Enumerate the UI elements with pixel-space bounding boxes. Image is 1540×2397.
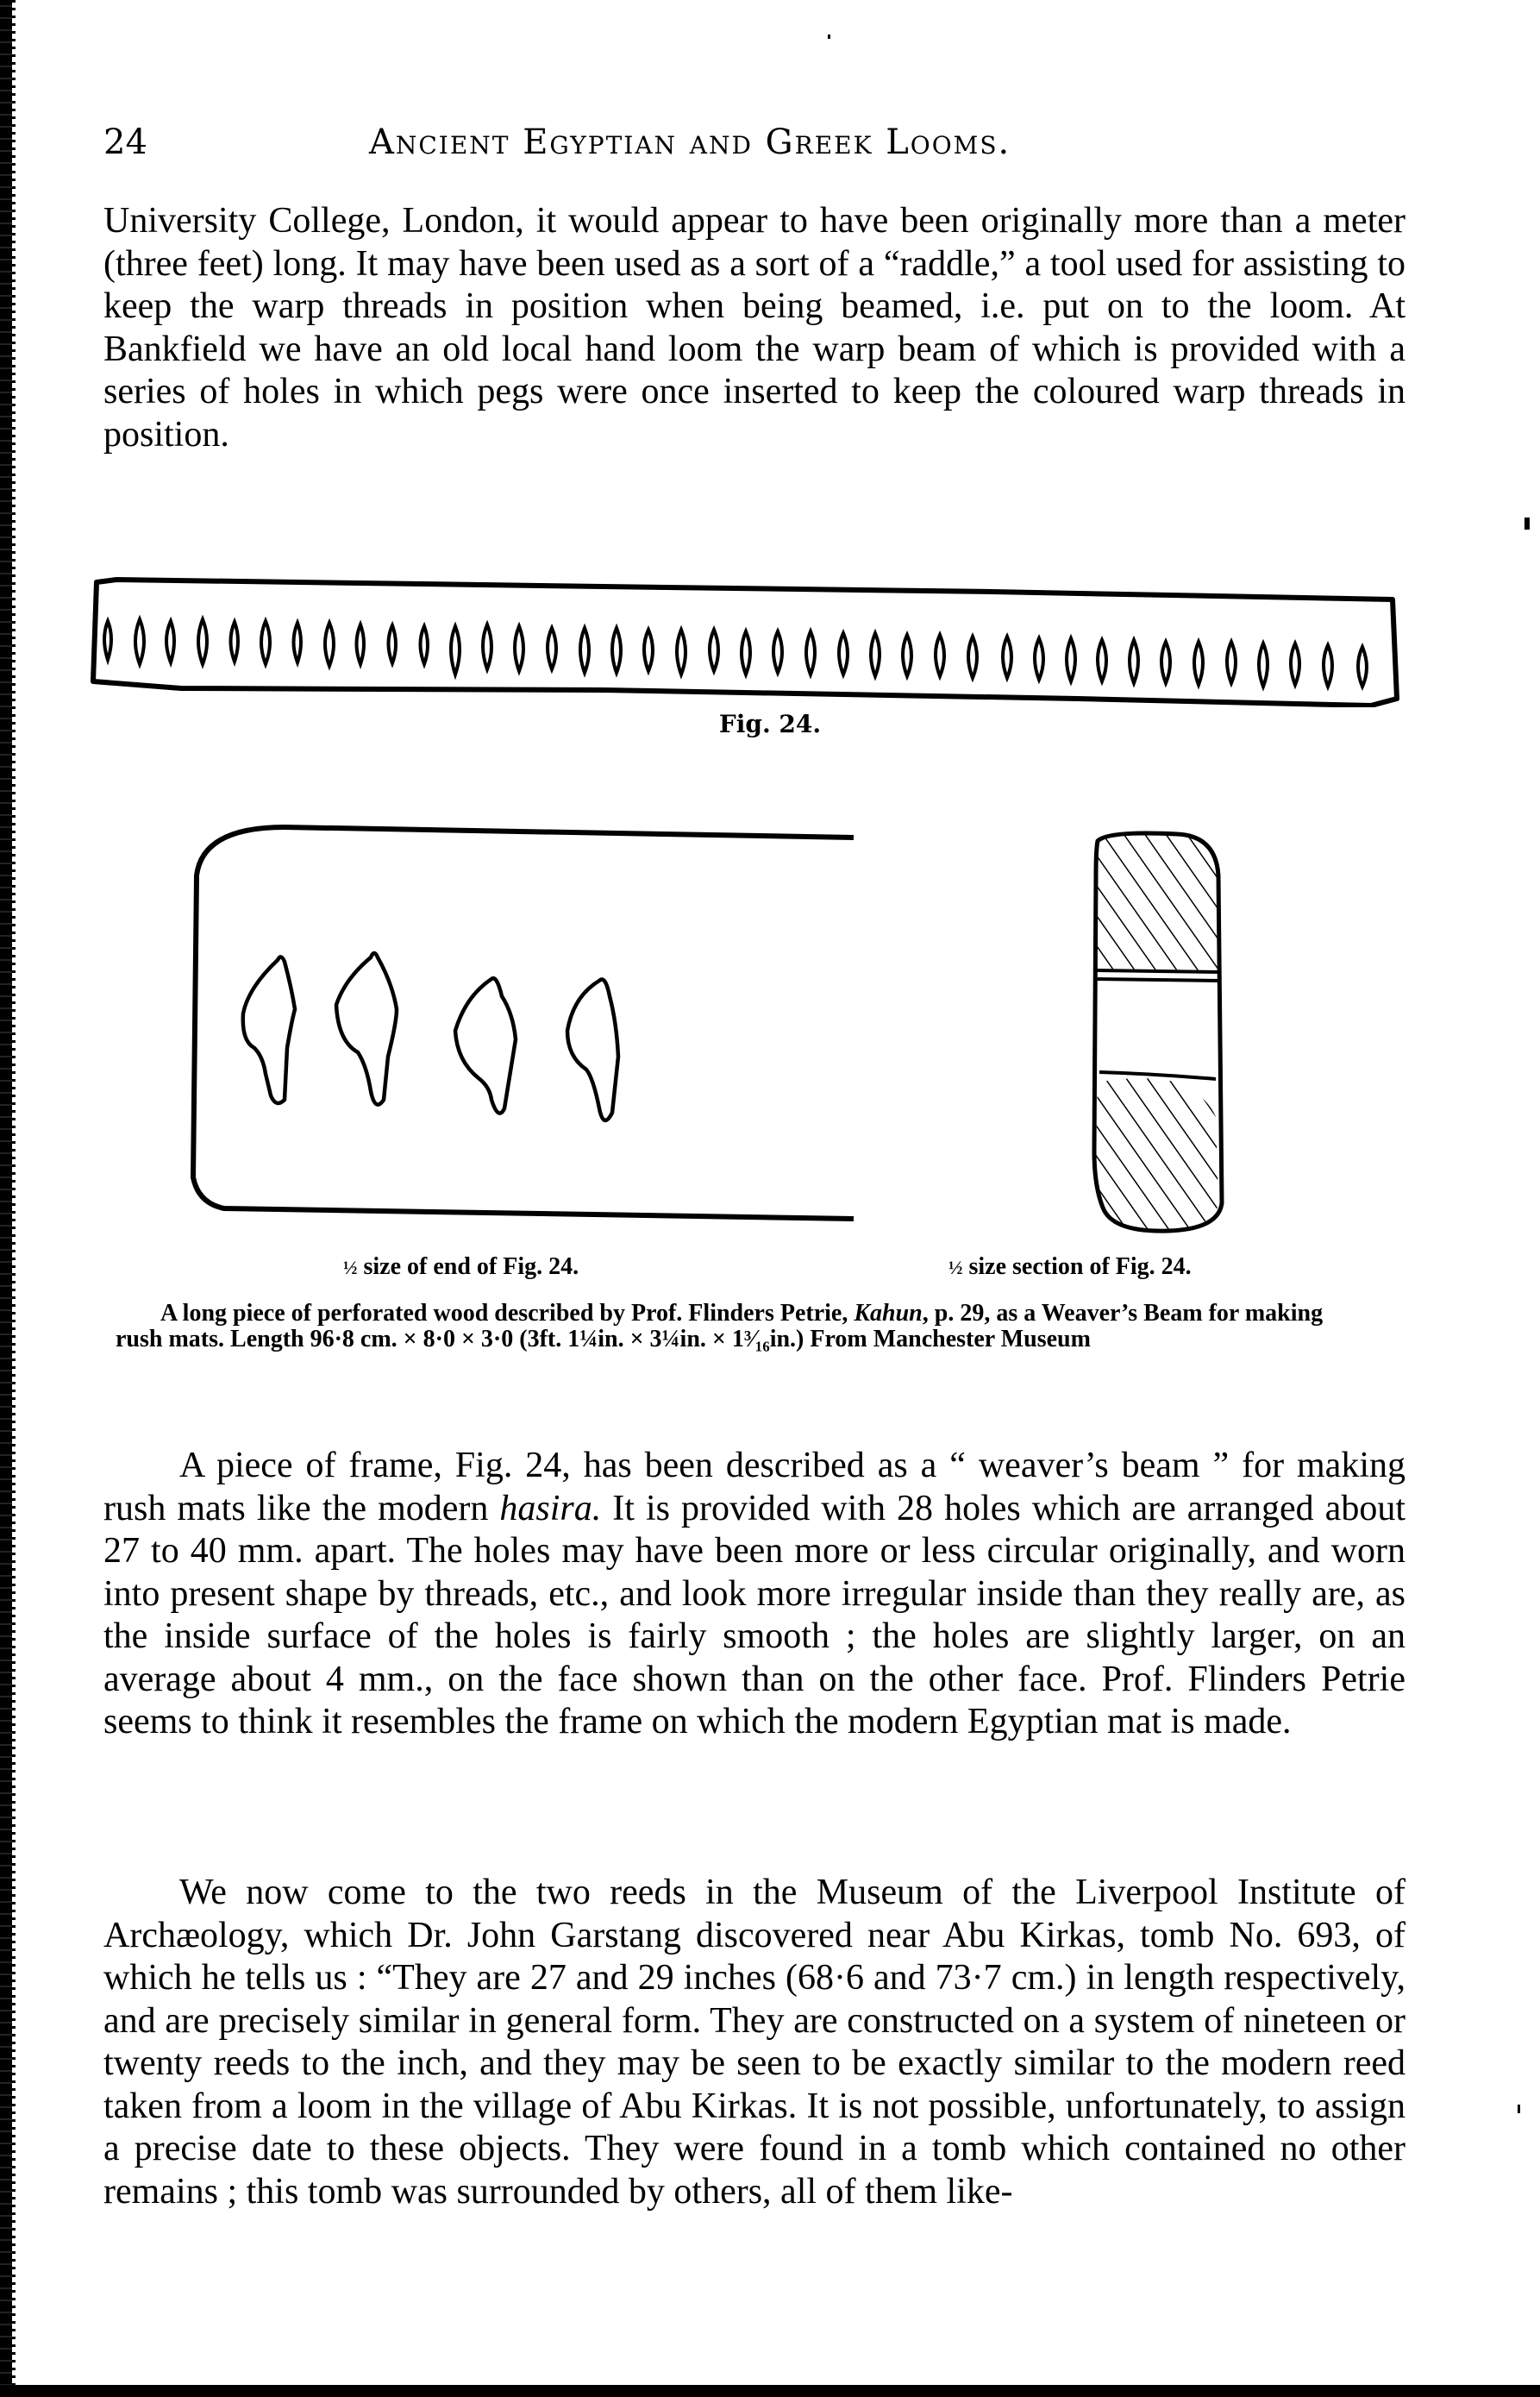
book-binding-edge [0, 0, 12, 2397]
section-view-caption: ½ size section of Fig. 24. [948, 1253, 1192, 1281]
paragraph-weavers-beam: A piece of frame, Fig. 24, has been desc… [103, 1445, 1405, 1744]
paragraph-text: University College, London, it would app… [103, 200, 1405, 456]
fraction-half: ½ [948, 1257, 963, 1278]
scan-speck [1524, 518, 1530, 530]
figure-label: Fig. 24. [0, 710, 1540, 738]
running-title: Ancient Egyptian and Greek Looms. [369, 122, 1011, 162]
caption-text: A long piece of perforated wood describe… [160, 1300, 854, 1327]
end-view-caption: ½ size of end of Fig. 24. [343, 1253, 579, 1281]
caption-paragraph: A long piece of perforated wood describe… [116, 1301, 1366, 1352]
figure-section-view [1074, 824, 1246, 1238]
scan-bottom-edge [0, 2385, 1540, 2397]
caption-text: size section of Fig. 24. [963, 1253, 1192, 1280]
fraction-half: ½ [343, 1257, 358, 1278]
paragraph-text: A piece of frame, Fig. 24, has been desc… [103, 1445, 1405, 1744]
paragraph-text: We now come to the two reeds in the Muse… [103, 1872, 1405, 2213]
figure-weavers-beam [86, 569, 1405, 707]
page-number: 24 [103, 122, 147, 162]
scan-speck [1518, 2105, 1520, 2113]
italic-term: hasira. [499, 1489, 601, 1528]
page-header: 24 Ancient Egyptian and Greek Looms. [103, 122, 1414, 166]
scan-speck [828, 35, 830, 39]
paragraph-liverpool-reeds: We now come to the two reeds in the Muse… [103, 1872, 1405, 2213]
paragraph-continuation: University College, London, it would app… [103, 200, 1405, 456]
caption-text: size of end of Fig. 24. [358, 1253, 579, 1280]
figure-description-caption: A long piece of perforated wood describe… [116, 1301, 1366, 1352]
caption-book-title: Kahun [854, 1300, 922, 1327]
figure-end-view [181, 815, 862, 1229]
